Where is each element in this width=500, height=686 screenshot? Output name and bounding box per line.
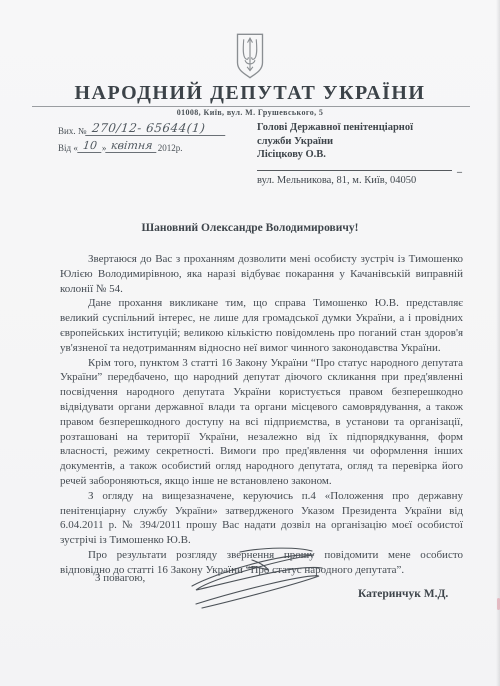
letterhead-divider	[32, 106, 470, 107]
ref-date-day-handwritten: 10	[77, 139, 102, 153]
paragraph-4: З огляду на вищезазначене, керуючись п.4…	[60, 489, 463, 548]
recipient-line-3: Лісіцкову О.В.	[257, 148, 462, 162]
signer-name: Катеринчук М.Д.	[358, 588, 448, 600]
ukraine-trident-emblem-icon	[230, 31, 270, 86]
paragraph-1: Звертаюся до Вас з проханням дозволити м…	[60, 252, 463, 296]
recipient-line-2: служби України	[257, 135, 462, 149]
org-title: НАРОДНИЙ ДЕПУТАТ УКРАЇНИ	[0, 82, 500, 105]
paragraph-2: Дане прохання викликане тим, що справа Т…	[60, 296, 463, 355]
letter-body: Звертаюся до Вас з проханням дозволити м…	[60, 252, 463, 578]
salutation: Шановний Олександре Володимировичу!	[0, 222, 500, 234]
recipient-divider: –	[257, 170, 452, 171]
reference-block: Вих. № 270/12- 65644(1) Від « 10 » квітн…	[58, 121, 226, 156]
signature-handwritten	[182, 544, 342, 621]
scan-edge-shade	[496, 0, 500, 686]
closing-phrase: З повагою,	[95, 572, 145, 584]
recipient-block: Голові Державної пенітенціарної служби У…	[257, 121, 462, 198]
ref-out-label: Вих. №	[58, 126, 86, 136]
ref-date-month-handwritten: квітня	[106, 139, 159, 153]
recipient-address: вул. Мельникова, 81, м. Київ, 04050	[257, 174, 462, 188]
paragraph-3: Крім того, пунктом 3 статті 16 Закону Ук…	[60, 356, 463, 489]
recipient-line-1: Голові Державної пенітенціарної	[257, 121, 462, 135]
ref-date-year: 2012р.	[158, 143, 183, 153]
ref-out-number-handwritten: 270/12- 65644(1)	[86, 121, 228, 136]
org-address: 01008, Київ, вул. М. Грушевського, 5	[0, 108, 500, 117]
ref-date-prefix: Від «	[58, 143, 78, 153]
scanned-letter-page: НАРОДНИЙ ДЕПУТАТ УКРАЇНИ 01008, Київ, ву…	[0, 0, 500, 686]
